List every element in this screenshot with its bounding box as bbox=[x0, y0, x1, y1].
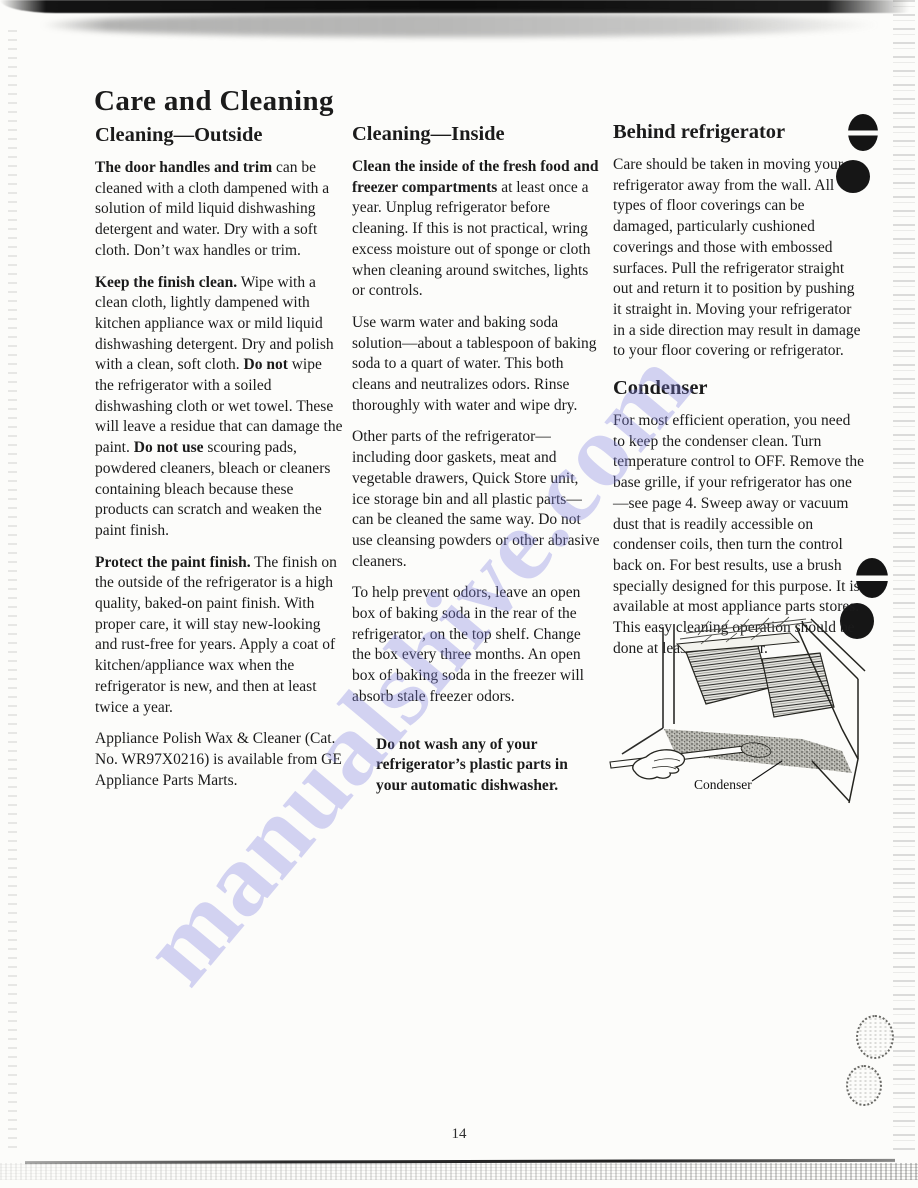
condenser-label: Condenser bbox=[694, 777, 752, 793]
scan-artifact-hole bbox=[856, 1015, 894, 1059]
scan-artifact-hole bbox=[846, 1065, 882, 1106]
body-text: at least once a year. Unplug refrigerato… bbox=[352, 179, 590, 300]
section-heading: Behind refrigerator bbox=[613, 121, 865, 144]
section-heading: Cleaning—Outside bbox=[95, 124, 343, 147]
condenser-illustration: Condenser bbox=[606, 611, 866, 811]
scan-bottom-edge-speckle bbox=[0, 1163, 918, 1180]
paragraph: Other parts of the refrigerator—includin… bbox=[352, 427, 600, 572]
section-heading: Condenser bbox=[613, 377, 865, 400]
section-heading: Cleaning—Inside bbox=[352, 123, 600, 146]
body-text: Care should be taken in moving your refr… bbox=[613, 156, 861, 359]
scan-right-edge-noise bbox=[893, 0, 915, 1150]
scan-top-edge-band bbox=[0, 0, 918, 13]
scan-top-smudge bbox=[40, 13, 880, 37]
paragraph: Do not wash any of your refrigerator’s p… bbox=[376, 735, 600, 797]
bold-text: The door handles and trim bbox=[95, 159, 272, 176]
paragraph: Keep the finish clean. Wipe with a clean… bbox=[95, 273, 343, 542]
bold-text: Protect the paint finish. bbox=[95, 554, 251, 571]
section-cleaning-outside: Cleaning—Outside The door handles and tr… bbox=[95, 124, 343, 791]
bold-text: Keep the finish clean. bbox=[95, 274, 237, 291]
section-body: The door handles and trim can be cleaned… bbox=[95, 158, 343, 791]
body-text: The finish on the outside of the refrige… bbox=[95, 554, 337, 716]
paragraph: Care should be taken in moving your refr… bbox=[613, 155, 865, 362]
paragraph: Use warm water and baking soda solution—… bbox=[352, 313, 600, 417]
paragraph: Protect the paint finish. The finish on … bbox=[95, 553, 343, 719]
bold-text: Do not use bbox=[134, 439, 204, 456]
paragraph: To help prevent odors, leave an open box… bbox=[352, 583, 600, 707]
section-behind-refrigerator: Behind refrigerator Care should be taken… bbox=[613, 121, 865, 362]
paragraph: Appliance Polish Wax & Cleaner (Cat. No.… bbox=[95, 729, 343, 791]
page-title: Care and Cleaning bbox=[94, 85, 334, 118]
body-text: Other parts of the refrigerator—includin… bbox=[352, 428, 600, 569]
section-body: Clean the inside of the fresh food and f… bbox=[352, 157, 600, 797]
body-text: Appliance Polish Wax & Cleaner (Cat. No.… bbox=[95, 730, 342, 788]
scan-left-edge-noise bbox=[8, 30, 17, 1150]
column-cleaning-outside: Cleaning—Outside The door handles and tr… bbox=[95, 124, 343, 802]
body-text: To help prevent odors, leave an open box… bbox=[352, 584, 584, 705]
paragraph: Clean the inside of the fresh food and f… bbox=[352, 157, 600, 302]
column-behind-refrigerator: Behind refrigerator Care should be taken… bbox=[613, 121, 865, 670]
column-cleaning-inside: Cleaning—Inside Clean the inside of the … bbox=[352, 123, 600, 808]
body-text: Use warm water and baking soda solution—… bbox=[352, 314, 597, 414]
bold-text: Do not bbox=[244, 356, 288, 373]
paragraph: The door handles and trim can be cleaned… bbox=[95, 158, 343, 262]
bold-text: Do not wash any of your refrigerator’s p… bbox=[376, 736, 568, 794]
section-cleaning-inside: Cleaning—Inside Clean the inside of the … bbox=[352, 123, 600, 797]
page-number: 14 bbox=[0, 1126, 918, 1143]
section-body: Care should be taken in moving your refr… bbox=[613, 155, 865, 362]
